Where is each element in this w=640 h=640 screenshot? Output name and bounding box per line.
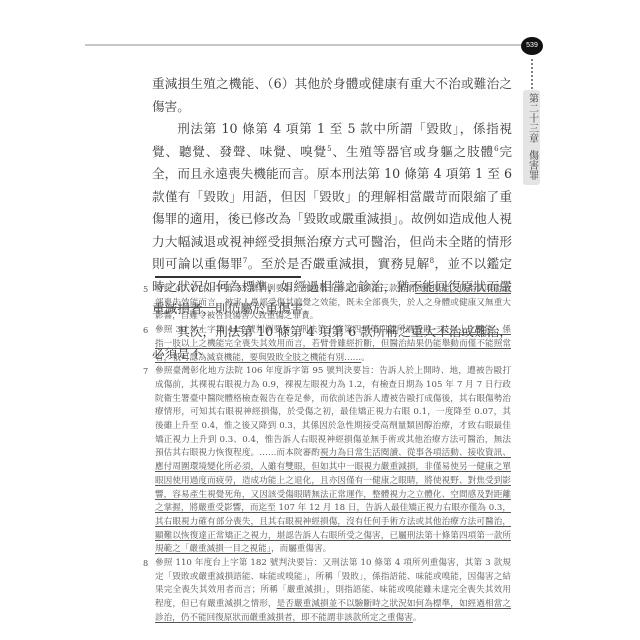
- text-run: 。至於是否嚴重減損，實務見解: [247, 256, 429, 271]
- footnote-text: 參照 30 年上字第 445 號判例要旨：刑法第十條第四項第四款所謂毀敗一肢以上…: [155, 324, 511, 365]
- text-run: ，而屬重傷害。: [271, 544, 331, 554]
- underlined-text: 視力為日常生活閱讀、從事各項活動、接收資訊、應付周圍環境變化所必須，人雖有雙眼，…: [155, 448, 511, 554]
- text-run: 、生殖等器官或身軀之肢體: [332, 144, 495, 159]
- text-run: 。: [413, 613, 422, 623]
- footnote-6: 6參照 30 年上字第 445 號判例要旨：刑法第十條第四項第四款所謂毀敗一肢以…: [143, 324, 511, 365]
- text-run: 。: [361, 353, 370, 363]
- footnote-text: 參照 40 年台上字第 73 號判例要旨：刑法第十條第四項第三款所謂毀敗嗅能，係…: [155, 283, 511, 324]
- footnote-rule: [155, 276, 301, 278]
- footnote-number: 5: [143, 283, 155, 324]
- footnote-8: 8參照 110 年度台上字第 182 號判決要旨：又刑法第 10 條第 4 項所…: [143, 557, 511, 626]
- footnote-text: 參照臺灣彰化地方法院 106 年度訴字第 95 號判決要旨：告訴人於上開時、地，…: [155, 365, 511, 557]
- text-run: 參照 30 年上字第 445 號判例要旨：刑法第十條第四項第四款所謂: [155, 325, 414, 335]
- header-rule: [85, 44, 525, 46]
- chapter-label: 第二十三章: [526, 93, 538, 143]
- text-run: 完全，而且永遠喪失機能而言。原本刑法第 10 條第 4 項第 1 至 6 款僅有…: [152, 144, 512, 272]
- footnote-number: 6: [143, 324, 155, 365]
- footnotes: 5參照 40 年台上字第 73 號判例要旨：刑法第十條第四項第三款所謂毀敗嗅能，…: [143, 283, 511, 626]
- chapter-title: 傷害罪: [526, 150, 538, 180]
- footnote-number: 7: [143, 365, 155, 557]
- footnote-text: 參照 110 年度台上字第 182 號判決要旨：又刑法第 10 條第 4 項所列…: [155, 557, 511, 626]
- text-run: 重減損生殖之機能、（6）其他於身體或健康有重大不治或難治之傷害。: [152, 76, 512, 114]
- footnote-5: 5參照 40 年台上字第 73 號判例要旨：刑法第十條第四項第三款所謂毀敗嗅能，…: [143, 283, 511, 324]
- paragraph: 重減損生殖之機能、（6）其他於身體或健康有重大不治或難治之傷害。: [152, 73, 512, 118]
- text-run: 參照 40 年台上字第 73 號判例要旨：刑法第十條第四項第三款所謂: [155, 284, 415, 294]
- footnote-number: 8: [143, 557, 155, 626]
- dotted-leader: [531, 58, 533, 90]
- footnote-7: 7參照臺灣彰化地方法院 106 年度訴字第 95 號判決要旨：告訴人於上開時、地…: [143, 365, 511, 557]
- page-number-badge: 539: [521, 37, 543, 55]
- text-run: 參照臺灣彰化地方法院 106 年度訴字第 95 號判決要旨：告訴人於上開時、地，…: [155, 366, 511, 458]
- chapter-tab: 第二十三章 傷害罪: [523, 90, 540, 185]
